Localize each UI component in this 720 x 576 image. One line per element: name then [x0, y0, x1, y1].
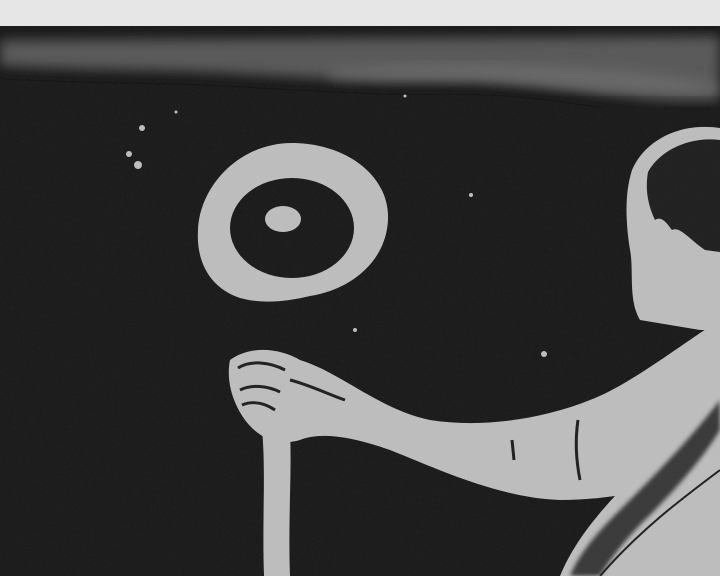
man-head	[627, 127, 720, 330]
paper-margin	[0, 0, 720, 28]
halftone-photograph	[0, 0, 720, 576]
rope	[262, 430, 291, 576]
